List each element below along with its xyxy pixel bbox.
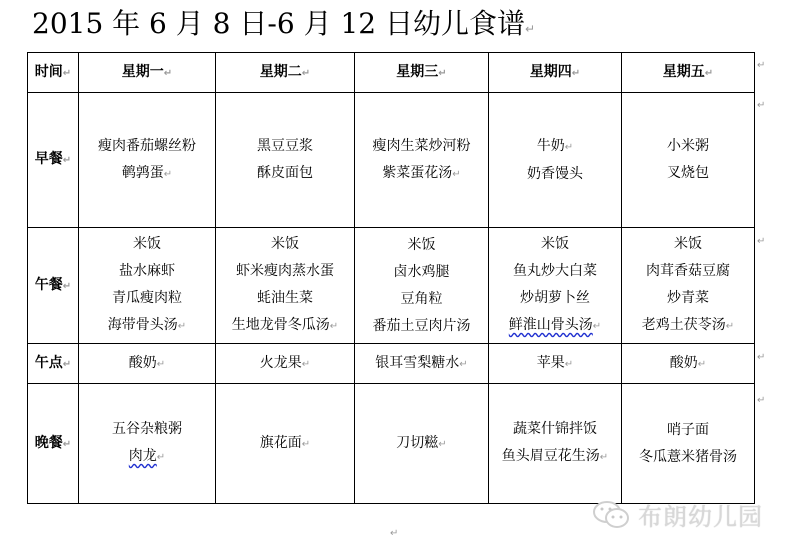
dish: 蔬菜什锦拌饭 [489, 416, 621, 443]
dish: 炒胡萝卜丝 [489, 285, 621, 312]
dish-line: 生地龙骨冬瓜汤↵ [216, 312, 354, 340]
menu-cell: 黑豆豆浆 酥皮面包 [216, 93, 355, 228]
paragraph-mark: ↵ [330, 321, 338, 332]
dish: 奶香馒头 [489, 161, 621, 188]
menu-cell: 牛奶↵ 奶香馒头 [489, 93, 622, 228]
header-time-label: 时间 [35, 64, 63, 80]
dish-line: 鲜淮山骨头汤↵ [489, 312, 621, 340]
row-label-snack: 午点↵ [28, 344, 79, 384]
paragraph-mark: ↵ [302, 439, 310, 450]
dish: 苹果 [537, 355, 565, 371]
header-row: 时间↵ 星期一↵ 星期二↵ 星期三↵ 星期四↵ 星期五↵ [28, 53, 755, 93]
dish: 肉茸香菇豆腐 [622, 258, 754, 285]
dish: 蚝油生菜 [216, 285, 354, 312]
day-label: 星期五 [663, 64, 705, 80]
paragraph-mark: ↵ [438, 439, 446, 450]
dish: 瘦肉番茄螺丝粉 [79, 133, 215, 160]
table-row-dinner: 晚餐↵ 五谷杂粮粥 肉龙↵ 旗花面↵ 刀切糍↵ 蔬菜什锦拌饭 鱼头眉豆花生汤↵ … [28, 384, 755, 504]
dish: 酸奶 [670, 355, 698, 371]
paragraph-mark: ↵ [390, 528, 398, 539]
dish: 鱼头眉豆花生汤 [502, 448, 600, 464]
dish: 银耳雪梨糖水 [375, 355, 459, 371]
paragraph-mark: ↵ [726, 321, 734, 332]
dish: 米饭 [622, 231, 754, 258]
dish: 火龙果 [260, 355, 302, 371]
wechat-icon [592, 499, 632, 531]
header-day-5: 星期五↵ [622, 53, 755, 93]
paragraph-mark: ↵ [705, 68, 713, 79]
paragraph-mark: ↵ [572, 68, 580, 79]
dish: 米饭 [489, 231, 621, 258]
menu-cell: 米饭 虾米瘦肉蒸水蛋 蚝油生菜 生地龙骨冬瓜汤↵ [216, 228, 355, 344]
dish: 鲜淮山骨头汤 [509, 317, 593, 333]
menu-cell: 酸奶↵ [622, 344, 755, 384]
dish: 冬瓜薏米猪骨汤 [622, 444, 754, 471]
menu-cell: 米饭 盐水麻虾 青瓜瘦肉粒 海带骨头汤↵ [79, 228, 216, 344]
dish-line: 鹌鹑蛋↵ [79, 160, 215, 188]
meal-label: 早餐 [35, 151, 63, 167]
menu-cell: 火龙果↵ [216, 344, 355, 384]
dish: 生地龙骨冬瓜汤 [232, 317, 330, 333]
menu-cell: 米饭 鱼丸炒大白菜 炒胡萝卜丝 鲜淮山骨头汤↵ [489, 228, 622, 344]
paragraph-mark: ↵ [164, 169, 172, 180]
menu-cell: 酸奶↵ [79, 344, 216, 384]
table-row-snack: 午点↵ 酸奶↵ 火龙果↵ 银耳雪梨糖水↵ 苹果↵ 酸奶↵ [28, 344, 755, 384]
header-day-4: 星期四↵ [489, 53, 622, 93]
dish: 炒青菜 [622, 285, 754, 312]
dish: 牛奶 [537, 138, 565, 154]
header-day-2: 星期二↵ [216, 53, 355, 93]
dish-line: 牛奶↵ [489, 133, 621, 161]
dish: 刀切糍 [396, 435, 438, 451]
menu-cell: 米饭 卤水鸡腿 豆角粒 番茄土豆肉片汤 [355, 228, 489, 344]
paragraph-mark: ↵ [757, 352, 765, 363]
menu-cell: 旗花面↵ [216, 384, 355, 504]
dish-line: 紫菜蛋花汤↵ [355, 160, 488, 188]
header-day-3: 星期三↵ [355, 53, 489, 93]
paragraph-mark: ↵ [459, 359, 467, 370]
dish: 鹌鹑蛋 [122, 165, 164, 181]
paragraph-mark: ↵ [63, 68, 71, 79]
dish: 米饭 [355, 232, 488, 259]
paragraph-mark: ↵ [757, 60, 765, 71]
header-time: 时间↵ [28, 53, 79, 93]
dish: 酸奶 [129, 355, 157, 371]
paragraph-mark: ↵ [438, 68, 446, 79]
dish: 旗花面 [260, 435, 302, 451]
menu-cell: 银耳雪梨糖水↵ [355, 344, 489, 384]
day-label: 星期三 [396, 64, 438, 80]
paragraph-mark: ↵ [63, 359, 71, 370]
dish: 五谷杂粮粥 [79, 416, 215, 443]
day-label: 星期四 [530, 64, 572, 80]
menu-cell: 刀切糍↵ [355, 384, 489, 504]
dish: 瘦肉生菜炒河粉 [355, 133, 488, 160]
dish: 鱼丸炒大白菜 [489, 258, 621, 285]
day-label: 星期二 [260, 64, 302, 80]
paragraph-mark: ↵ [757, 395, 765, 406]
menu-table: 时间↵ 星期一↵ 星期二↵ 星期三↵ 星期四↵ 星期五↵ 早餐↵ 瘦肉番茄螺丝粉… [27, 52, 755, 504]
watermark: 布朗幼儿园 [592, 497, 763, 532]
dish: 米饭 [79, 231, 215, 258]
dish: 酥皮面包 [257, 165, 313, 181]
title-text: 2015 年 6 月 8 日-6 月 12 日幼儿食谱 [32, 7, 525, 40]
paragraph-mark: ↵ [757, 100, 765, 111]
meal-label: 晚餐 [35, 435, 63, 451]
dish-line: 鱼头眉豆花生汤↵ [489, 443, 621, 471]
dish-line: 酥皮面包 [216, 160, 354, 187]
paragraph-mark: ↵ [157, 452, 165, 463]
dish: 卤水鸡腿 [355, 259, 488, 286]
meal-label: 午点 [35, 355, 63, 371]
paragraph-mark: ↵ [164, 68, 172, 79]
page-title: 2015 年 6 月 8 日-6 月 12 日幼儿食谱↵ [32, 6, 535, 47]
row-label-dinner: 晚餐↵ [28, 384, 79, 504]
row-label-lunch: 午餐↵ [28, 228, 79, 344]
paragraph-mark: ↵ [757, 236, 765, 247]
dish: 米饭 [216, 231, 354, 258]
paragraph-mark: ↵ [63, 439, 71, 450]
dish: 肉龙 [129, 448, 157, 464]
dish: 叉烧包 [622, 160, 754, 187]
menu-cell: 米饭 肉茸香菇豆腐 炒青菜 老鸡土茯苓汤↵ [622, 228, 755, 344]
dish: 老鸡土茯苓汤 [642, 317, 726, 333]
paragraph-mark: ↵ [302, 68, 310, 79]
menu-cell: 瘦肉生菜炒河粉 紫菜蛋花汤↵ [355, 93, 489, 228]
menu-cell: 五谷杂粮粥 肉龙↵ [79, 384, 216, 504]
paragraph-mark: ↵ [565, 359, 573, 370]
dish-line: 海带骨头汤↵ [79, 312, 215, 340]
table-row-lunch: 午餐↵ 米饭 盐水麻虾 青瓜瘦肉粒 海带骨头汤↵ 米饭 虾米瘦肉蒸水蛋 蚝油生菜… [28, 228, 755, 344]
dish: 黑豆豆浆 [216, 133, 354, 160]
menu-cell: 苹果↵ [489, 344, 622, 384]
paragraph-mark: ↵ [698, 359, 706, 370]
header-day-1: 星期一↵ [79, 53, 216, 93]
menu-cell: 哨子面 冬瓜薏米猪骨汤 [622, 384, 755, 504]
paragraph-mark: ↵ [600, 452, 608, 463]
paragraph-mark: ↵ [452, 169, 460, 180]
dish: 紫菜蛋花汤 [382, 165, 452, 181]
dish: 哨子面 [622, 417, 754, 444]
paragraph-mark: ↵ [63, 155, 71, 166]
paragraph-mark: ↵ [157, 359, 165, 370]
menu-cell: 瘦肉番茄螺丝粉 鹌鹑蛋↵ [79, 93, 216, 228]
row-label-breakfast: 早餐↵ [28, 93, 79, 228]
day-label: 星期一 [122, 64, 164, 80]
paragraph-mark: ↵ [593, 321, 601, 332]
table-row-breakfast: 早餐↵ 瘦肉番茄螺丝粉 鹌鹑蛋↵ 黑豆豆浆 酥皮面包 瘦肉生菜炒河粉 紫菜蛋花汤… [28, 93, 755, 228]
dish-line: 老鸡土茯苓汤↵ [622, 312, 754, 340]
dish: 海带骨头汤 [108, 317, 178, 333]
meal-label: 午餐 [35, 277, 63, 293]
dish-line: 肉龙↵ [79, 443, 215, 471]
paragraph-mark: ↵ [302, 359, 310, 370]
watermark-text: 布朗幼儿园 [638, 497, 763, 532]
paragraph-mark: ↵ [178, 321, 186, 332]
menu-cell: 蔬菜什锦拌饭 鱼头眉豆花生汤↵ [489, 384, 622, 504]
dish: 豆角粒 [355, 286, 488, 313]
dish: 番茄土豆肉片汤 [355, 313, 488, 340]
dish: 虾米瘦肉蒸水蛋 [216, 258, 354, 285]
dish: 青瓜瘦肉粒 [79, 285, 215, 312]
paragraph-mark: ↵ [525, 22, 535, 36]
dish: 小米粥 [622, 133, 754, 160]
paragraph-mark: ↵ [63, 281, 71, 292]
paragraph-mark: ↵ [565, 142, 573, 153]
dish: 盐水麻虾 [79, 258, 215, 285]
menu-cell: 小米粥 叉烧包 [622, 93, 755, 228]
